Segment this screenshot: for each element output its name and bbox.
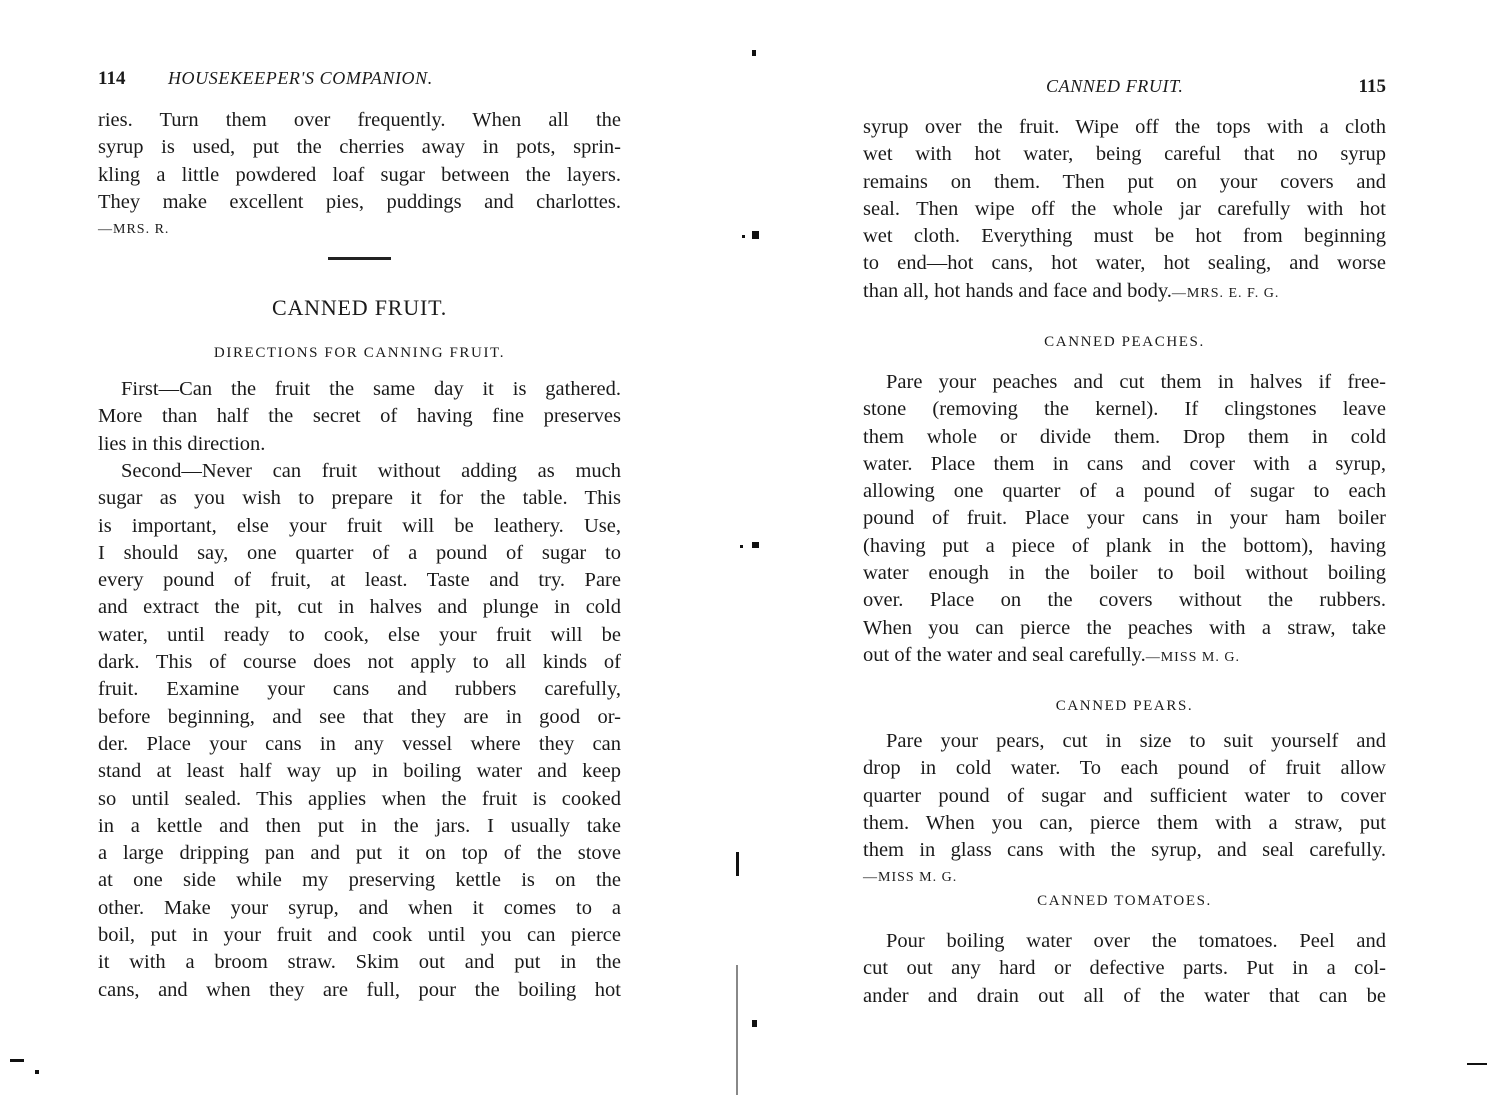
text-line: other. Make your syrup, and when it come…: [98, 895, 621, 922]
text-line: boil, put in your fruit and cook until y…: [98, 922, 621, 949]
text-line: water. Place them in cans and cover with…: [863, 451, 1386, 478]
page-number: 114: [98, 68, 125, 89]
running-title: CANNED FRUIT.: [1046, 76, 1183, 96]
text-line: wet with hot water, being careful that n…: [863, 141, 1386, 168]
scan-speck: [752, 542, 759, 548]
text-line: First—Can the fruit the same day it is g…: [98, 376, 621, 403]
text-line: sugar as you wish to prepare it for the …: [98, 485, 621, 512]
running-header-left: 114 HOUSEKEEPER'S COMPANION.: [98, 68, 433, 90]
recipe-title-pears: CANNED PEARS.: [863, 698, 1386, 715]
text-line: over. Place on the covers without the ru…: [863, 587, 1386, 614]
text-line: out of the water and seal carefully.—MIS…: [863, 642, 1386, 669]
text-line: before beginning, and see that they are …: [98, 704, 621, 731]
signature: —MRS. E. F. G.: [1172, 286, 1279, 301]
scan-speck: [752, 50, 756, 56]
text-line: them whole or divide them. Drop them in …: [863, 424, 1386, 451]
text-line: pound of fruit. Place your cans in your …: [863, 505, 1386, 532]
running-title: HOUSEKEEPER'S COMPANION.: [168, 68, 433, 88]
text-line: I should say, one quarter of a pound of …: [98, 540, 621, 567]
text-line: wet cloth. Everything must be hot from b…: [863, 223, 1386, 250]
scan-speck: [1467, 1063, 1487, 1065]
tomatoes-paragraph: Pour boiling water over the tomatoes. Pe…: [863, 928, 1386, 1010]
text-line: lies in this direction.: [98, 431, 621, 458]
section-title: CANNED FRUIT.: [98, 295, 621, 321]
scan-speck: [752, 1020, 757, 1027]
text-line: it with a broom straw. Skim out and put …: [98, 949, 621, 976]
text-line: so until sealed. This applies when the f…: [98, 786, 621, 813]
signature: —MISS M. G.: [863, 864, 1386, 891]
scan-speck: [10, 1059, 24, 1062]
text-line: When you can pierce the peaches with a s…: [863, 615, 1386, 642]
signature: —MISS M. G.: [1146, 650, 1240, 665]
section-divider-rule: [328, 257, 391, 260]
page-number: 115: [1359, 76, 1386, 97]
text-line: (having put a piece of plank in the bott…: [863, 533, 1386, 560]
scan-speck: [752, 231, 759, 239]
text-line: cut out any hard or defective parts. Put…: [863, 955, 1386, 982]
text-line: der. Place your cans in any vessel where…: [98, 731, 621, 758]
text-line: stand at least half way up in boiling wa…: [98, 758, 621, 785]
text-line: water enough in the boiler to boil witho…: [863, 560, 1386, 587]
text-line: syrup over the fruit. Wipe off the tops …: [863, 114, 1386, 141]
continued-paragraph: syrup over the fruit. Wipe off the tops …: [863, 114, 1386, 305]
recipe-title-peaches: CANNED PEACHES.: [863, 334, 1386, 351]
text-line: quarter pound of sugar and sufficient wa…: [863, 783, 1386, 810]
text-line: stone (removing the kernel). If clingsto…: [863, 396, 1386, 423]
pears-paragraph: Pare your pears, cut in size to suit you…: [863, 728, 1386, 892]
subsection-title: DIRECTIONS FOR CANNING FRUIT.: [98, 345, 621, 362]
text-line: to end—hot cans, hot water, hot sealing,…: [863, 250, 1386, 277]
text-line: syrup is used, put the cherries away in …: [98, 134, 621, 161]
text-line: cans, and when they are full, pour the b…: [98, 977, 621, 1004]
text-line: water, until ready to cook, else your fr…: [98, 622, 621, 649]
text-line: at one side while my preserving kettle i…: [98, 867, 621, 894]
text-line: a large dripping pan and put it on top o…: [98, 840, 621, 867]
text-line: dark. This of course does not apply to a…: [98, 649, 621, 676]
first-paragraph: First—Can the fruit the same day it is g…: [98, 376, 621, 458]
text-line: Second—Never can fruit without adding as…: [98, 458, 621, 485]
text-line: Pour boiling water over the tomatoes. Pe…: [863, 928, 1386, 955]
signature: —MRS. R.: [98, 216, 621, 243]
text-line: Pare your pears, cut in size to suit you…: [863, 728, 1386, 755]
gutter-shadow: [736, 965, 738, 1095]
text-line: seal. Then wipe off the whole jar carefu…: [863, 196, 1386, 223]
text-fragment: out of the water and seal carefully.: [863, 644, 1146, 666]
text-line: than all, hot hands and face and body.—M…: [863, 278, 1386, 305]
scan-speck: [35, 1070, 39, 1074]
text-line: ander and drain out all of the water tha…: [863, 983, 1386, 1010]
peaches-paragraph: Pare your peaches and cut them in halves…: [863, 369, 1386, 669]
text-line: They make excellent pies, puddings and c…: [98, 189, 621, 216]
text-line: fruit. Examine your cans and rubbers car…: [98, 676, 621, 703]
recipe-title-tomatoes: CANNED TOMATOES.: [863, 893, 1386, 910]
text-line: every pound of fruit, at least. Taste an…: [98, 567, 621, 594]
running-header-right: CANNED FRUIT.: [1046, 76, 1183, 97]
scan-speck: [736, 852, 739, 876]
text-fragment: than all, hot hands and face and body.: [863, 280, 1172, 302]
text-line: allowing one quarter of a pound of sugar…: [863, 478, 1386, 505]
running-header-number: 115: [1359, 76, 1386, 98]
text-line: Pare your peaches and cut them in halves…: [863, 369, 1386, 396]
text-line: ries. Turn them over frequently. When al…: [98, 107, 621, 134]
continued-paragraph: ries. Turn them over frequently. When al…: [98, 107, 621, 243]
second-paragraph: Second—Never can fruit without adding as…: [98, 458, 621, 1004]
text-line: remains on them. Then put on your covers…: [863, 169, 1386, 196]
text-line: drop in cold water. To each pound of fru…: [863, 755, 1386, 782]
text-line: them in glass cans with the syrup, and s…: [863, 837, 1386, 864]
scan-speck: [742, 235, 745, 238]
scan-speck: [740, 545, 743, 548]
text-line: kling a little powdered loaf sugar betwe…: [98, 162, 621, 189]
text-line: and extract the pit, cut in halves and p…: [98, 594, 621, 621]
text-line: them. When you can, pierce them with a s…: [863, 810, 1386, 837]
text-line: in a kettle and then put in the jars. I …: [98, 813, 621, 840]
text-line: is important, else your fruit will be le…: [98, 513, 621, 540]
text-line: More than half the secret of having fine…: [98, 403, 621, 430]
